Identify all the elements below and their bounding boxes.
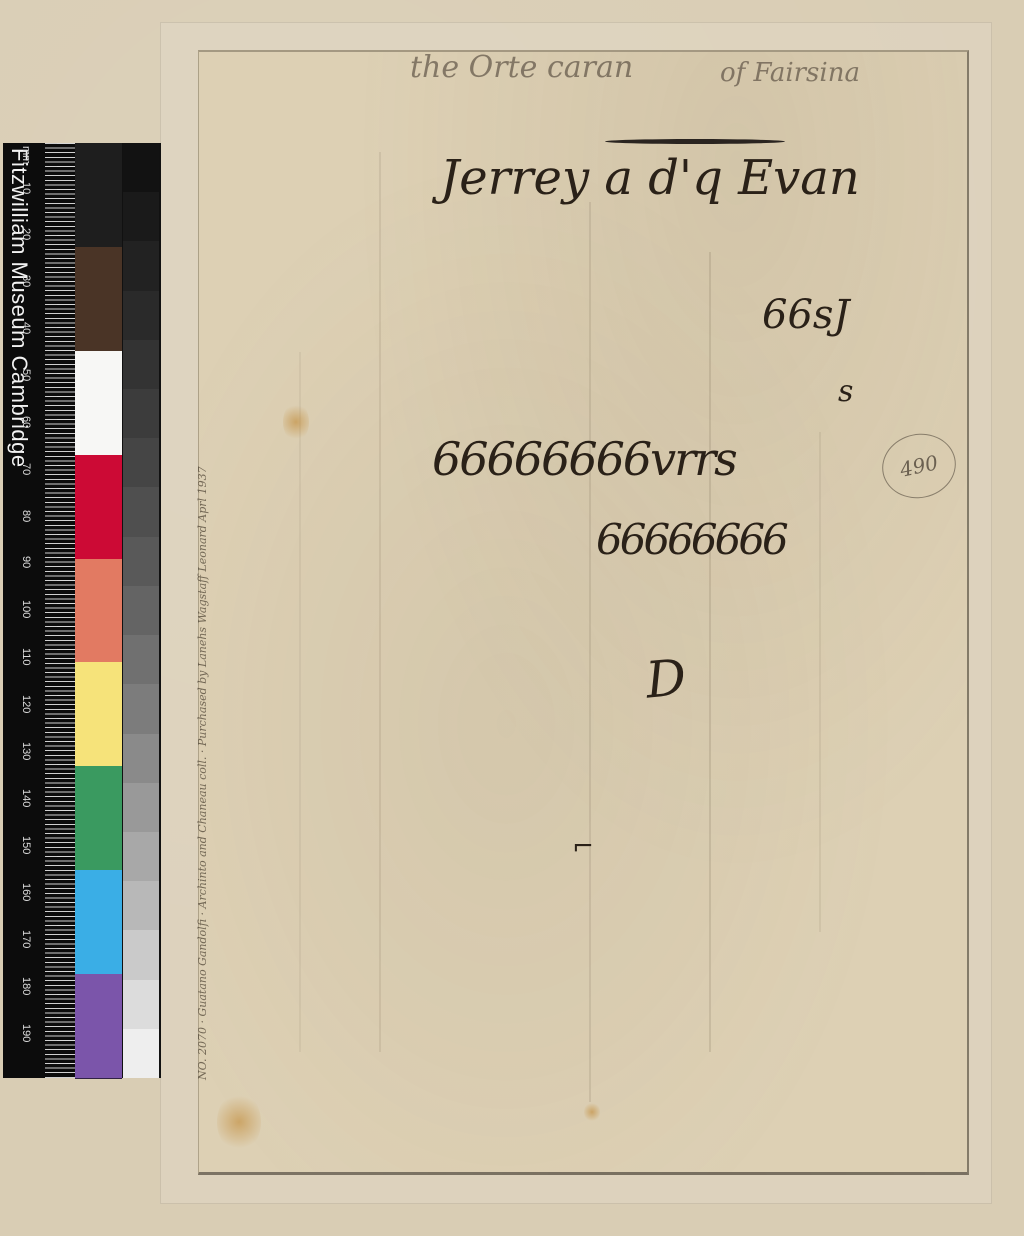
gray-patch [123,734,159,783]
gray-patch [123,635,159,684]
gray-patch [123,832,159,881]
color-swatch-red [75,455,122,560]
color-swatch-black [75,143,122,248]
faint-sketch-stroke [819,432,821,932]
gray-patch [123,389,159,438]
gray-patch [123,537,159,586]
ruler-label: 80 [20,510,32,522]
ruler-label: 170 [20,930,32,948]
ruler-label: 130 [20,742,32,760]
inventory-number: 490 [898,450,940,481]
mark-s: s [838,374,853,409]
drawing-sheet [198,50,969,1175]
gray-patch [123,241,159,290]
gray-patch [123,438,159,487]
faint-inscription-top-right: of Fairsina [720,58,860,88]
ruler-label: 10 [20,182,32,194]
ruler-label: 100 [20,600,32,618]
gray-patch [123,783,159,832]
ruler-major-ticks [57,143,75,1078]
gray-patch [123,684,159,733]
faint-inscription-top-left: the Orte caran [410,50,633,85]
gray-patch [123,586,159,635]
color-swatch-cyan [75,870,122,975]
hook-mark: D [644,648,689,709]
ruler-label: 20 [20,228,32,240]
gray-patch [123,1029,159,1078]
gray-patch [123,980,159,1029]
pen-trial-row-one: 66666666vrrs [432,432,736,486]
color-swatch-green [75,766,122,871]
gray-patch [123,930,159,979]
ruler-label: 190 [20,1024,32,1042]
ruler-label: 60 [20,416,32,428]
ruler-label: 150 [20,836,32,854]
ruler-label: 50 [20,369,32,381]
color-swatch-purple [75,974,122,1079]
ruler-unit: mm [20,146,32,164]
faint-sketch-stroke [589,202,591,1102]
color-swatch-yellow [75,662,122,767]
ruler-label: 40 [20,322,32,334]
color-swatch-brown [75,247,122,352]
ruler-label: 90 [20,556,32,568]
gray-patch [123,881,159,930]
color-swatch-salmon [75,559,122,664]
faint-sketch-stroke [709,252,711,1052]
ruler-label: 70 [20,463,32,475]
gray-patch [123,340,159,389]
ruler-label: 30 [20,275,32,287]
ruler-label: 110 [20,648,32,666]
ink-stroke-bar [605,139,785,144]
pen-trial-row-two: 66666666 [596,515,786,564]
gray-patch [123,487,159,536]
ruler-label: 140 [20,789,32,807]
faint-sketch-stroke [379,152,381,1052]
color-swatch-white [75,351,122,456]
foxing-stain [217,1092,261,1152]
faint-sketch-stroke [299,352,301,1052]
ruler-label: 180 [20,977,32,995]
foxing-stain [584,1102,600,1122]
gray-patch [123,291,159,340]
gray-patch [123,192,159,241]
foxing-stain [283,402,309,442]
ruler-label: 120 [20,695,32,713]
numeral-inscription: 66sJ [762,292,849,338]
ruler-label: 160 [20,883,32,901]
signature-inscription: Jerrey a d'q Evan [440,150,860,206]
gray-patch [123,143,159,192]
margin-provenance-inscription: NO. 2070 · Guatano Gandolfi · Archinto a… [196,466,209,1080]
small-mark: ⌐ [572,832,594,862]
